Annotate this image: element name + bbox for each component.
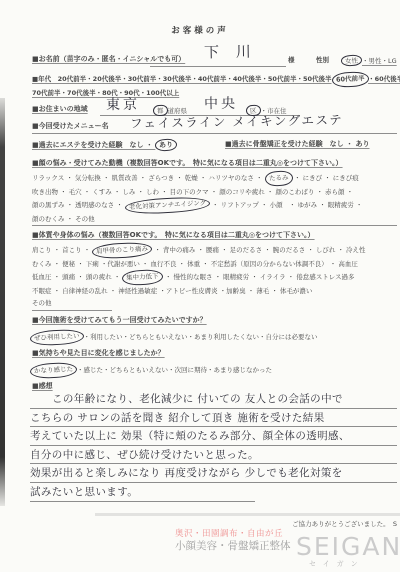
region-city-value: 中央 — [204, 93, 238, 114]
scan-band-artifact — [95, 513, 400, 516]
options-line: その他 — [32, 297, 112, 311]
menu-write-line — [32, 133, 397, 134]
choice-text: リラックス ・ 気分転換 ・ 肌質改善 ・ ざらつき ・ 乾燥 ・ ハリツヤのな… — [32, 174, 265, 182]
comment-line: 自分の中に感じ、ぜひ続け受けたいと思った。 — [30, 446, 397, 465]
circled-choice: 老化対策アンチエイジング — [124, 196, 210, 215]
choice-text: その他 — [32, 299, 52, 307]
circled-choice: かなり感じた — [30, 362, 78, 379]
name-write-line — [150, 66, 286, 67]
menu-value: フェイスライン メイキングエステ — [130, 110, 344, 132]
brand-kana: セイガン — [309, 559, 365, 569]
options-line: 肩こり ・ 首こり ・ 肩甲骨のこり痛み ・ 背中の痛み ・ 腰痛 ・ 足のだる… — [32, 243, 397, 258]
choice-text: むくみ ・ 便秘 ・ 下痢 ・代謝が悪い ・ 血行不良 ・ 体重 ・ 不定愁訴（… — [32, 260, 358, 268]
choice-text: ・利用したい・どちらともいえない・あまり利用したくない・自分には必要ない — [84, 333, 318, 341]
salon-services: 小顔美容・骨盤矯正整体 — [175, 538, 291, 553]
comment-text: この年齢になり、老化減少に 付いての 友人との会話の中でこちらの サロンの話を聞… — [30, 390, 397, 502]
scan-edge-artifact — [0, 98, 5, 506]
choice-text: 顔の黒ずみ ・ 透明感のなさ ・ — [32, 201, 125, 209]
pelvis-history-options: ■過去に骨盤矯正を受けた経験 なし ・ あり — [225, 139, 370, 149]
choice-text: ・ 背中の痛み ・ 腰痛 ・ 足のだるさ ・ 腕のだるさ ・ しびれ ・ 冷え性 — [152, 246, 365, 254]
options-line: 吹き出物 ・ 毛穴 ・ くすみ ・ しみ ・ しわ ・ 目の下のクマ ・ 顔のコ… — [32, 186, 397, 199]
circled-choice: あり — [155, 138, 178, 151]
options-line: リラックス ・ 気分転換 ・ 肌質改善 ・ ざらつき ・ 乾燥 ・ ハリツヤのな… — [32, 171, 397, 186]
thanks-note: ご協力ありがとうございました。 S — [292, 519, 397, 528]
choice-text: 肩こり ・ 首こり ・ — [32, 246, 92, 254]
options-line: 顔のむくみ ・ その他 — [32, 213, 397, 227]
circled-choice: 60代前半 — [331, 71, 368, 87]
gender-label: 性別 — [316, 55, 329, 64]
circled-choice: たるみ — [264, 170, 292, 186]
brand-logo: SEIGAN — [296, 532, 400, 561]
choice-text: ・男性・LG — [362, 57, 397, 65]
choice-text: ■年代 20代前半・20代後半・30代前半・30代後半・40代前半・40代後半・… — [32, 75, 332, 83]
region-label: ■お住まいの地域 — [32, 104, 88, 114]
choice-text: ・60代後半 — [368, 75, 400, 83]
circled-choice: 集中力低下 — [122, 269, 163, 286]
options-line: 不眠症 ・ 自律神経の乱れ ・ 神経性過敏症 ・アトピー性皮膚炎 ・加齢臭 ・ … — [32, 285, 397, 298]
gender-options: 女性・男性・LG — [341, 55, 397, 66]
choice-text: 吹き出物 ・ 毛穴 ・ くすみ ・ しみ ・ しわ ・ 目の下のクマ ・ 顔のコ… — [32, 188, 353, 196]
name-value: 下 川 — [204, 41, 257, 63]
menu-label: ■今回受けたメニュー名 — [32, 121, 109, 131]
change-question: ■気持ちや見た目に変化を感じましたか？ — [32, 348, 165, 358]
comment-line: この年齢になり、老化減少に 付いての 友人との会話の中で — [30, 390, 397, 409]
circled-choice: 女性 — [341, 54, 363, 66]
comment-line: 試みたいと思います。 — [30, 483, 255, 502]
scanned-feedback-form: お客様の声 ■お名前（苗字のみ・匿名・イニシャルでも可） 下 川 様 性別 女性… — [0, 0, 400, 572]
form-title: お客様の声 — [0, 24, 400, 36]
esthe-history-options: ■過去にエステを受けた経験 なし ・ あり — [32, 139, 177, 151]
body-concerns-title: ■体質や身体の悩み（複数回答OKです。 特に気になる項目は二重丸◎をつけて下さい… — [32, 230, 315, 240]
repeat-question: ■今回施術を受けてみてもう一回受けてみたいですか？ — [32, 315, 207, 325]
choice-text: 低血圧 ・ 頭痛 ・ 頭の疲れ ・ — [32, 273, 122, 281]
circled-choice: 肩甲骨のこり痛み — [92, 241, 153, 259]
face-concerns-options: リラックス ・ 気分転換 ・ 肌質改善 ・ ざらつき ・ 乾燥 ・ ハリツヤのな… — [32, 171, 397, 226]
name-label: ■お名前（苗字のみ・匿名・イニシャルでも可） — [32, 54, 185, 64]
region-prefecture-value: 東京 — [106, 94, 140, 115]
choice-text: ・ 慢性的な眠さ ・ 眼精疲労 ・ イライラ ・ 倦怠感ストレス過多 — [163, 273, 355, 281]
options-line: 顔の黒ずみ ・ 透明感のなさ ・ 老化対策アンチエイジング ・ リフトアップ ・… — [32, 198, 397, 213]
choice-text: ・感じた・どちらともいえない・次回に期待・あまり感じなかった — [77, 366, 272, 374]
comment-line: 効果が出ると楽しみになり 再度受けながら 少しでも老化対策を — [30, 464, 397, 483]
honorific-label: 様 — [288, 55, 295, 64]
comment-line: 考えていた以上に 効果（特に頬のたるみ部分、顔全体の透明感、 — [30, 427, 397, 446]
body-concerns-options: 肩こり ・ 首こり ・ 肩甲骨のこり痛み ・ 背中の痛み ・ 腰痛 ・ 足のだる… — [32, 243, 397, 311]
face-concerns-title: ■顔の悩み・受けてみた動機（複数回答OKです。 特に気になる項目は二重丸◎をつけ… — [32, 158, 343, 168]
change-answer-options: かなり感じた・感じた・どちらともいえない・次回に期待・あまり感じなかった — [30, 363, 272, 378]
options-line: むくみ ・ 便秘 ・ 下痢 ・代謝が悪い ・ 血行不良 ・ 体重 ・ 不定愁訴（… — [32, 258, 397, 271]
options-line: 低血圧 ・ 頭痛 ・ 頭の疲れ ・ 集中力低下 ・ 慢性的な眠さ ・ 眼精疲労 … — [32, 270, 397, 285]
choice-text: ■過去にエステを受けた経験 なし ・ — [32, 141, 155, 149]
comment-line: こちらの サロンの話を聞き 紹介して頂き 施術を受けた結果 — [30, 409, 397, 428]
choice-text: 不眠症 ・ 自律神経の乱れ ・ 神経性過敏症 ・アトピー性皮膚炎 ・加齢臭 ・ … — [32, 287, 312, 295]
choice-text: 顔のむくみ ・ その他 — [32, 215, 95, 223]
choice-text: ・ リフトアップ ・ 小顔 ・ ゆがみ ・ 眼精疲労 ・ — [210, 201, 362, 209]
choice-text: ・ にきび ・ にきび痕 — [292, 174, 359, 182]
circled-choice: ぜひ利用したい — [30, 329, 84, 346]
age-options-line1: ■年代 20代前半・20代後半・30代前半・30代後半・40代前半・40代後半・… — [32, 72, 400, 87]
repeat-answer-options: ぜひ利用したい・利用したい・どちらともいえない・あまり利用したくない・自分には必… — [30, 330, 318, 345]
